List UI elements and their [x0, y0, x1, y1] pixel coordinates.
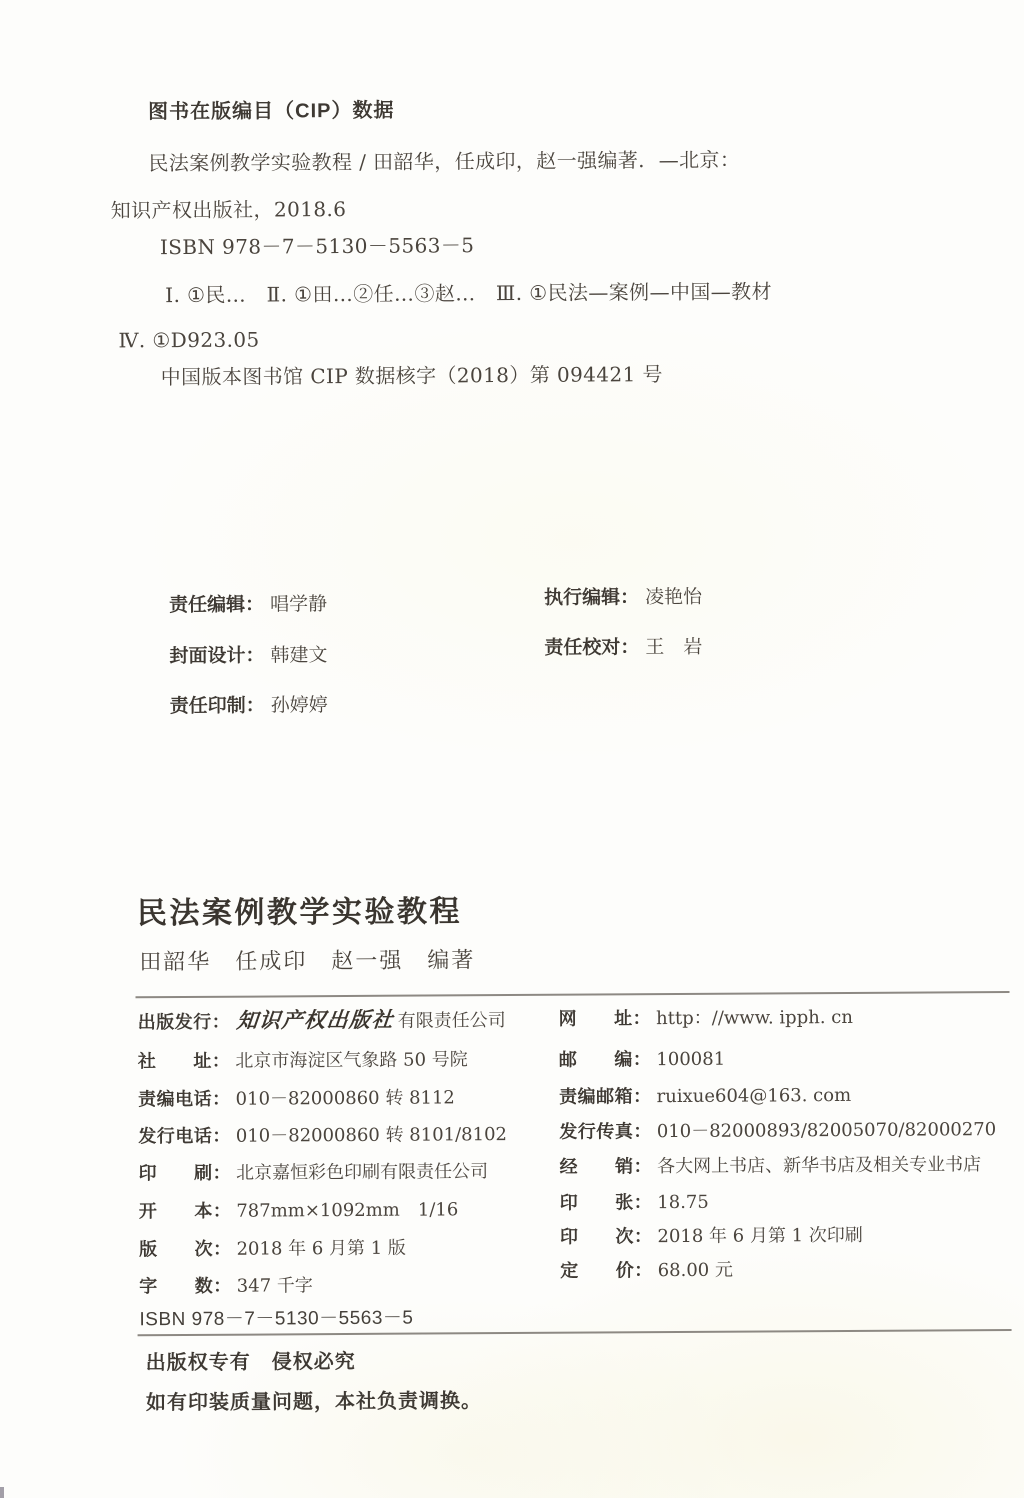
- divider-top: [136, 991, 1010, 998]
- field-value: 010－82000893/82005070/82000270: [657, 1119, 996, 1142]
- field-value: 2018 年 6 月第 1 版: [236, 1238, 405, 1260]
- colophon-row-impression: 印 次：2018 年 6 月第 1 次印刷: [560, 1224, 863, 1249]
- field-label: 版 次：: [139, 1239, 232, 1260]
- cip-class-number-line: Ⅳ. ①D923.05: [118, 328, 259, 354]
- colophon-row-editor-email: 责编邮箱：ruixue604@163. com: [559, 1084, 851, 1109]
- field-value: 010－82000860 转 8101/8102: [236, 1124, 507, 1147]
- colophon-row-word-count: 字 数：347 千字: [139, 1274, 313, 1299]
- staff-row-proofreader: 责任校对：王 岩: [544, 636, 702, 661]
- colophon-row-price: 定 价：68.00 元: [560, 1259, 733, 1284]
- field-value: http：//www. ipph. cn: [656, 1007, 853, 1029]
- staff-value: 王 岩: [645, 636, 702, 658]
- colophon-row-address: 社 址：北京市海淀区气象路 50 号院: [138, 1048, 468, 1074]
- field-value: 北京市海淀区气象路 50 号院: [235, 1049, 467, 1071]
- field-label: 字 数：: [139, 1276, 232, 1297]
- staff-value: 孙婷婷: [271, 694, 328, 716]
- colophon-row-printer: 印 刷：北京嘉恒彩色印刷有限责任公司: [139, 1160, 489, 1186]
- cip-classification-line: Ⅰ. ①民… Ⅱ. ①田…②任…③赵… Ⅲ. ①民法—案例—中国—教材: [165, 279, 772, 308]
- field-label: 开 本：: [139, 1201, 232, 1222]
- cip-heading: 图书在版编目（CIP）数据: [148, 99, 394, 126]
- staff-row-executive-editor: 执行编辑：凌艳怡: [544, 586, 702, 611]
- field-label: 印 次：: [560, 1226, 653, 1247]
- colophon-row-distribution-phone: 发行电话：010－82000860 转 8101/8102: [138, 1123, 507, 1149]
- field-label: 发行传真：: [559, 1121, 652, 1142]
- cip-publisher-line: 知识产权出版社，2018.6: [111, 197, 347, 223]
- colophon-row-publisher: 出版发行：知识产权出版社有限责任公司: [138, 1006, 506, 1035]
- field-value: 各大网上书店、新华书店及相关专业书店: [657, 1154, 981, 1177]
- publisher-logotype: 知识产权出版社: [235, 1007, 395, 1034]
- staff-label: 责任校对：: [544, 637, 639, 659]
- field-value: 2018 年 6 月第 1 次印刷: [657, 1225, 862, 1247]
- staff-label: 封面设计：: [169, 646, 264, 668]
- book-authors: 田韶华 任成印 赵一强 编著: [139, 947, 475, 977]
- publisher-suffix: 有限责任公司: [398, 1010, 506, 1032]
- field-label: 出版发行：: [138, 1012, 231, 1033]
- field-label: 印 张：: [560, 1192, 653, 1213]
- cip-record-line: 中国版本图书馆 CIP 数据核字（2018）第 094421 号: [161, 362, 663, 390]
- field-label: 定 价：: [560, 1260, 653, 1281]
- field-value: 787mm×1092mm 1/16: [236, 1199, 458, 1221]
- field-label: 经 销：: [559, 1156, 652, 1177]
- field-label: 责编邮箱：: [559, 1086, 652, 1107]
- colophon-row-distributors: 经 销：各大网上书店、新华书店及相关专业书店: [559, 1153, 981, 1179]
- field-value: 18.75: [657, 1192, 709, 1213]
- field-label: 邮 编：: [559, 1049, 652, 1070]
- scanned-page: 图书在版编目（CIP）数据 民法案例教学实验教程 / 田韶华，任成印，赵一强编著…: [0, 0, 1024, 1498]
- copyright-notice: 出版权专有 侵权必究: [146, 1350, 356, 1376]
- field-label: 发行电话：: [138, 1126, 231, 1147]
- colophon-row-fax: 发行传真：010－82000893/82005070/82000270: [559, 1118, 996, 1144]
- field-value: 100081: [656, 1049, 725, 1070]
- field-label: 印 刷：: [139, 1163, 232, 1184]
- staff-label: 责任编辑：: [169, 595, 264, 617]
- cip-isbn-line: ISBN 978－7－5130－5563－5: [160, 233, 475, 260]
- field-value: 010－82000860 转 8112: [236, 1087, 455, 1109]
- field-label: 责编电话：: [138, 1089, 231, 1110]
- colophon-row-sheets: 印 张：18.75: [560, 1191, 709, 1215]
- field-value: 北京嘉恒彩色印刷有限责任公司: [236, 1161, 488, 1184]
- colophon-isbn: ISBN 978－7－5130－5563－5: [139, 1307, 413, 1332]
- colophon-row-edition: 版 次：2018 年 6 月第 1 版: [139, 1237, 406, 1262]
- staff-value: 韩建文: [270, 644, 327, 666]
- scan-artifact-mark: [0, 1487, 4, 1498]
- colophon-row-website: 网 址：http：//www. ipph. cn: [559, 1006, 853, 1031]
- staff-label: 执行编辑：: [544, 587, 639, 609]
- book-title: 民法案例教学实验教程: [137, 893, 462, 932]
- staff-row-editor: 责任编辑：唱学静: [169, 593, 327, 618]
- staff-row-print-supervisor: 责任印制：孙婷婷: [170, 694, 328, 719]
- field-label: 社 址：: [138, 1051, 231, 1072]
- field-value: 68.00 元: [658, 1260, 733, 1281]
- cip-title-line: 民法案例教学实验教程 / 田韶华，任成印，赵一强编著．—北京：: [148, 148, 740, 177]
- staff-row-cover-design: 封面设计：韩建文: [169, 644, 327, 669]
- field-value: 347 千字: [237, 1275, 313, 1296]
- staff-label: 责任印制：: [170, 696, 265, 718]
- colophon-row-postcode: 邮 编：100081: [559, 1048, 725, 1073]
- staff-value: 凌艳怡: [645, 586, 702, 608]
- quality-notice: 如有印装质量问题，本社负责调换。: [146, 1389, 482, 1416]
- staff-value: 唱学静: [270, 593, 327, 615]
- field-label: 网 址：: [559, 1008, 652, 1029]
- colophon-row-format: 开 本：787mm×1092mm 1/16: [139, 1198, 459, 1223]
- field-value: ruixue604@163. com: [657, 1085, 852, 1107]
- colophon-row-editor-phone: 责编电话：010－82000860 转 8112: [138, 1086, 455, 1111]
